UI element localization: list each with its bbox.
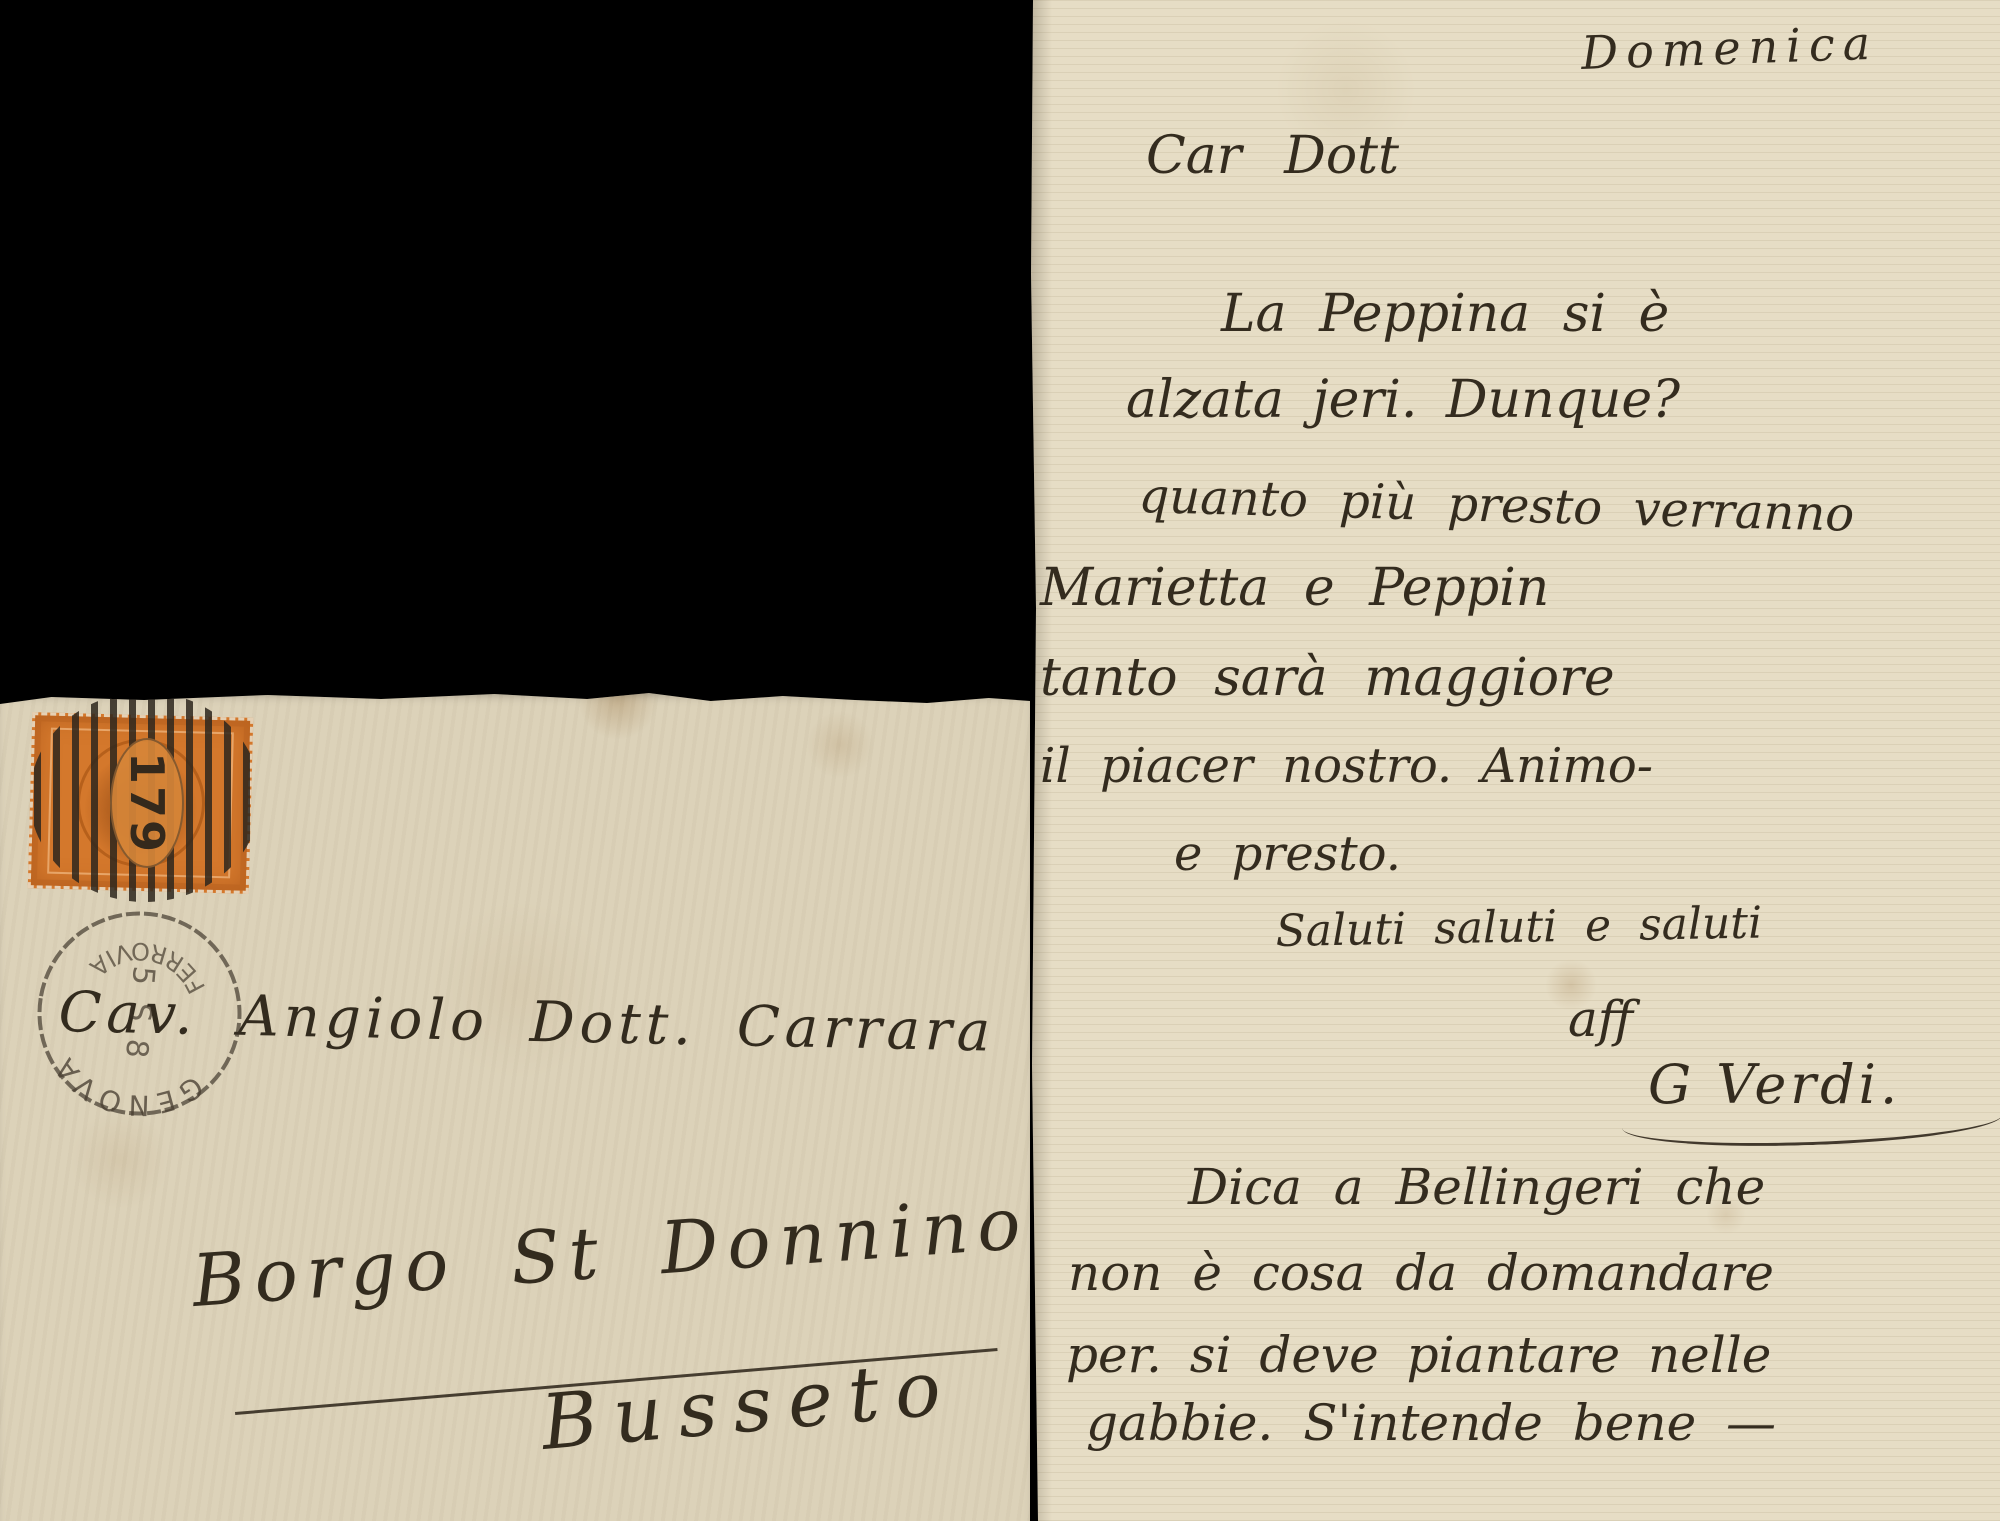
envelope-address-line: Busseto: [538, 1349, 959, 1461]
letter-body-line: alzata jeri. Dunque?: [1126, 374, 1680, 426]
cancel-number-oval: 179: [110, 738, 184, 868]
cancel-number: 179: [120, 752, 174, 854]
letter-body-line: Marietta e Peppin: [1040, 562, 1549, 614]
letter-body-line: La Peppina si è: [1221, 288, 1669, 340]
postmark-date: 5 S 8: [118, 965, 161, 1064]
letter-body-line: il piacer nostro. Animo-: [1040, 742, 1653, 790]
letter-postscript-line: per. si deve piantare nelle: [1066, 1330, 1771, 1380]
letter-postscript-line: gabbie. S'intende bene —: [1086, 1398, 1776, 1448]
letter-body-line: quanto più presto verranno: [1138, 472, 1855, 539]
photo-scene: Domenica Car Dott La Peppina si è alzata…: [0, 0, 2000, 1521]
letter-body-line: e presto.: [1174, 830, 1401, 878]
letter-postscript-line: non è cosa da domandare: [1068, 1248, 1774, 1298]
envelope-address-line: Borgo St Donnino: [190, 1187, 1032, 1317]
letter-valediction: aff: [1568, 994, 1633, 1044]
letter-dateline: Domenica: [1580, 20, 1878, 76]
letter-postscript-line: Dica a Bellingeri che: [1188, 1162, 1765, 1212]
envelope: 179 GENOVA FERROVIA 5 S 8 Cav. Angiolo D…: [0, 690, 1030, 1521]
letter-regards-line: Saluti saluti e saluti: [1275, 902, 1762, 954]
letter-salutation: Car Dott: [1146, 130, 1399, 182]
letter-sheet: Domenica Car Dott La Peppina si è alzata…: [1026, 0, 2000, 1521]
letter-body-line: tanto sarà maggiore: [1040, 652, 1615, 704]
postmark: GENOVA FERROVIA 5 S 8: [27, 901, 252, 1126]
